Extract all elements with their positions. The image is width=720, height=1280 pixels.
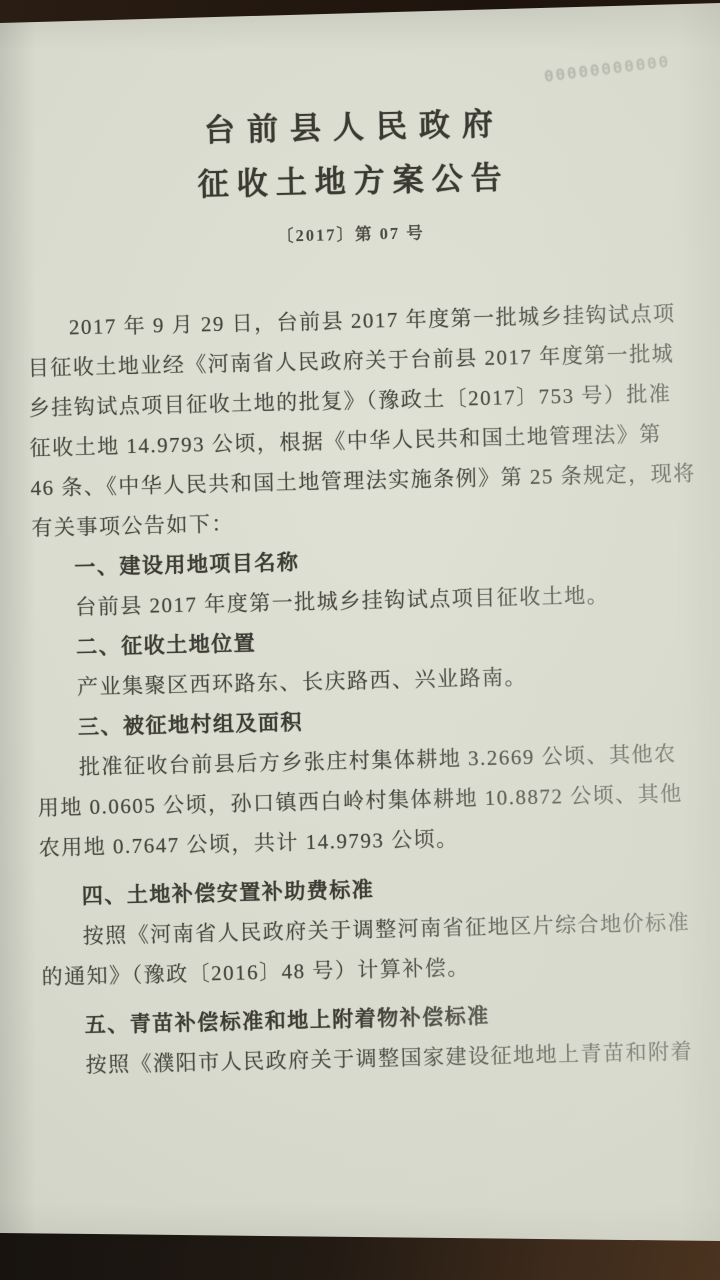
announcement-document: 台前县人民政府 征收土地方案公告 〔2017〕第 07 号 2017 年 9 月… (0, 0, 720, 1280)
document-body: 2017 年 9 月 29 日，台前县 2017 年度第一批城乡挂钩试点项目征收… (26, 293, 720, 1086)
document-title-issuer: 台前县人民政府 (0, 94, 709, 155)
document-title-subject: 征收土地方案公告 (0, 148, 710, 209)
document-number: 〔2017〕第 07 号 (0, 213, 711, 253)
document-photo: 00000000000 台前县人民政府 征收土地方案公告 〔2017〕第 07 … (0, 0, 720, 1280)
